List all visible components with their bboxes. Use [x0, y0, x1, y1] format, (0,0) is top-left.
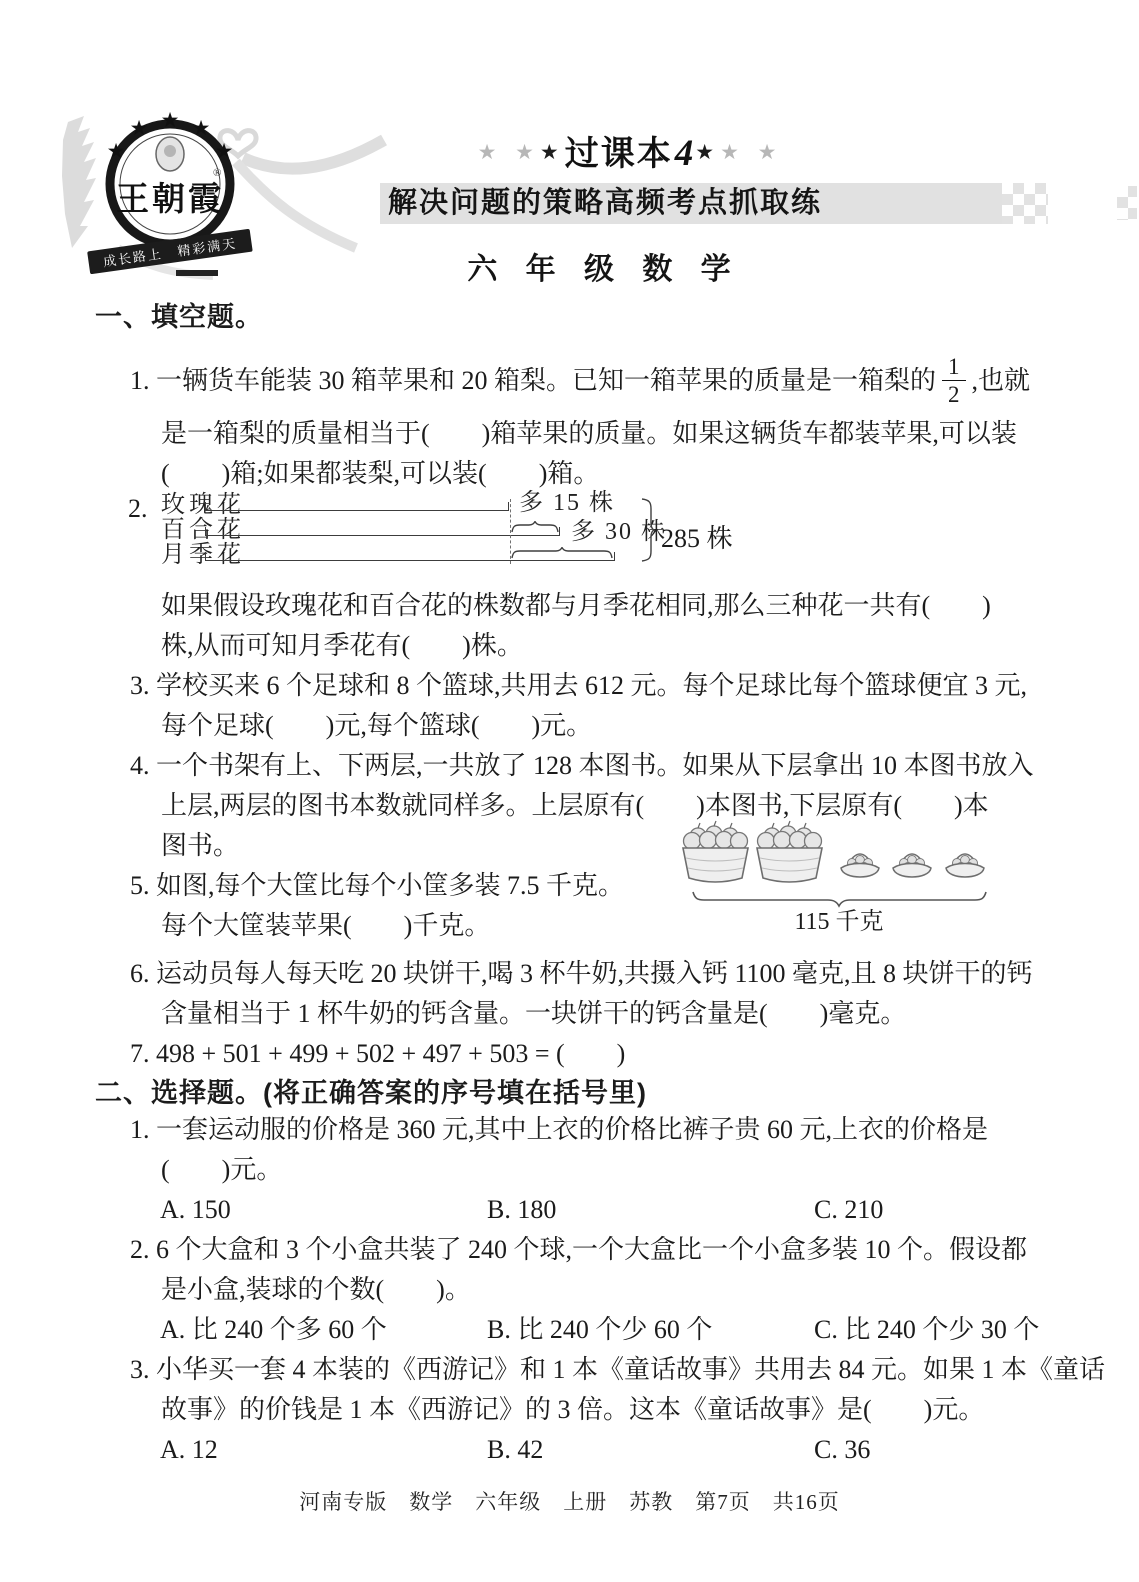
s1-q7-line1: 7. 498 + 501 + 499 + 502 + 497 + 503 = (… — [95, 1034, 1055, 1074]
s1-q3-line2: 每个足球( )元,每个篮球( )元。 — [95, 706, 1055, 746]
stars-left-light: ★ ★ — [478, 140, 540, 164]
option-b: B. 180 — [487, 1190, 556, 1230]
total-285-label: 285 株 — [661, 518, 733, 555]
s1-q3-line1: 3. 学校买来 6 个足球和 8 个篮球,共用去 612 元。每个足球比每个篮球… — [95, 666, 1055, 706]
fraction-denominator: 2 — [942, 381, 966, 408]
big-basket-icon — [757, 821, 822, 882]
option-a: A. 150 — [160, 1190, 231, 1230]
page-footer: 河南专版 数学 六年级 上册 苏教 第7页 共16页 — [0, 1486, 1139, 1516]
s2-q3-line2: 故事》的价钱是 1 本《西游记》的 3 倍。这本《童话故事》是( )元。 — [95, 1390, 1055, 1430]
weight-label: 115 千克 — [794, 908, 883, 935]
edge-checker-decoration — [1117, 186, 1137, 220]
weight-underbrace — [693, 892, 986, 906]
overbrace-15 — [511, 521, 559, 533]
s1-q6-line1: 6. 运动员每人每天吃 20 块饼干,喝 3 杯牛奶,共摄入钙 1100 毫克,… — [95, 954, 1055, 994]
option-c: C. 210 — [814, 1190, 883, 1230]
s2-q1-options: A. 150 B. 180 C. 210 — [95, 1190, 1055, 1230]
option-c: C. 比 240 个少 30 个 — [814, 1310, 1039, 1350]
s2-q3-options: A. 12 B. 42 C. 36 — [95, 1430, 1055, 1470]
svg-text:★: ★ — [130, 116, 149, 140]
svg-text:★: ★ — [215, 139, 234, 163]
q1-text-a: 1. 一辆货车能装 30 箱苹果和 20 箱梨。已知一箱苹果的质量是一箱梨的 — [130, 366, 936, 395]
s1-q6-line2: 含量相当于 1 杯牛奶的钙含量。一块饼干的钙含量是( )毫克。 — [95, 994, 1055, 1034]
title-text: 过课本 — [565, 136, 673, 173]
option-b: B. 比 240 个少 60 个 — [487, 1310, 712, 1350]
option-a: A. 比 240 个多 60 个 — [160, 1310, 387, 1350]
banner: 解决问题的策略高频考点抓取练 — [380, 183, 1002, 224]
s1-q1-line2: 是一箱梨的质量相当于( )箱苹果的质量。如果这辆货车都装苹果,可以装 — [95, 414, 1055, 454]
s1-q1-line3: ( )箱;如果都装梨,可以装( )箱。 — [95, 454, 1055, 494]
q5-baskets-illustration: 115 千克 — [668, 806, 1013, 936]
banner-checker-decoration — [1002, 183, 1048, 224]
option-c: C. 36 — [814, 1430, 870, 1470]
brand-name: 王朝霞 — [116, 181, 224, 218]
s2-q2-line1: 2. 6 个大盒和 3 个小盒共装了 240 个球,一个大盒比一个小盒多装 10… — [95, 1230, 1055, 1270]
bar-lily — [205, 527, 560, 536]
worksheet-page: ★ ★ ★ ★ ★ 王朝霞 ® 成长路上 精彩满天 ★ ★★过课本4★★ ★ 解… — [0, 0, 1139, 1582]
stars-left-dark: ★ — [540, 140, 565, 164]
more-15-label: 多 15 株 — [519, 490, 615, 516]
option-a: A. 12 — [160, 1430, 218, 1470]
brand-logo: ★ ★ ★ ★ ★ 王朝霞 ® 成长路上 精彩满天 — [58, 106, 388, 281]
s2-q2-options: A. 比 240 个多 60 个 B. 比 240 个少 60 个 C. 比 2… — [95, 1310, 1055, 1350]
s1-q4-line1: 4. 一个书架有上、下两层,一共放了 128 本图书。如果从下层拿出 10 本图… — [95, 746, 1055, 786]
small-basket-icon — [893, 854, 931, 877]
small-basket-icon — [841, 854, 879, 877]
s2-q1-line2: ( )元。 — [95, 1150, 1055, 1190]
stars-right-light: ★ ★ — [720, 140, 782, 164]
registered-mark: ® — [213, 167, 221, 179]
section1-heading: 一、填空题。 — [95, 300, 1055, 334]
stars-right-dark: ★ — [695, 140, 720, 164]
total-brace — [641, 498, 655, 562]
svg-text:★: ★ — [107, 139, 126, 163]
s2-q1-line1: 1. 一套运动服的价格是 360 元,其中上衣的价格比裤子贵 60 元,上衣的价… — [95, 1110, 1055, 1150]
s2-q2-line2: 是小盒,装球的个数( )。 — [95, 1270, 1055, 1310]
q1-text-b: ,也就 — [972, 366, 1031, 395]
s1-q2-line2: 株,从而可知月季花有( )株。 — [95, 626, 1055, 666]
title-number: 4 — [673, 133, 696, 174]
badge: ★ ★ ★ ★ ★ 王朝霞 ® 成长路上 精彩满天 — [87, 108, 253, 276]
option-b: B. 42 — [487, 1430, 543, 1470]
page-title: ★ ★★过课本4★★ ★ — [380, 126, 880, 175]
s2-q3-line1: 3. 小华买一套 4 本装的《西游记》和 1 本《童话故事》共用去 84 元。如… — [95, 1350, 1055, 1390]
section2-heading: 二、选择题。(将正确答案的序号填在括号里) — [95, 1076, 1055, 1110]
s1-q2-line1: 如果假设玫瑰花和百合花的株数都与月季花相同,那么三种花一共有( ) — [95, 586, 1055, 626]
q2-bar-diagram: 2. 玫瑰花 百合花 月季花 多 15 株 多 30 株 285 株 — [95, 494, 1055, 586]
grade-subtitle: 六 年 级 数 学 — [354, 244, 854, 288]
small-basket-icon — [946, 854, 984, 877]
fraction-one-half: 12 — [942, 354, 966, 408]
s1-q1-line1: 1. 一辆货车能装 30 箱苹果和 20 箱梨。已知一箱苹果的质量是一箱梨的12… — [95, 348, 1055, 414]
big-basket-icon — [683, 821, 748, 882]
overbrace-30 — [511, 547, 613, 559]
fraction-numerator: 1 — [942, 354, 966, 381]
svg-text:★: ★ — [192, 116, 211, 140]
svg-text:★: ★ — [161, 108, 180, 132]
bar-rose — [205, 502, 509, 511]
q2-number: 2. — [128, 494, 148, 524]
banner-text: 解决问题的策略高频考点抓取练 — [380, 183, 1002, 224]
